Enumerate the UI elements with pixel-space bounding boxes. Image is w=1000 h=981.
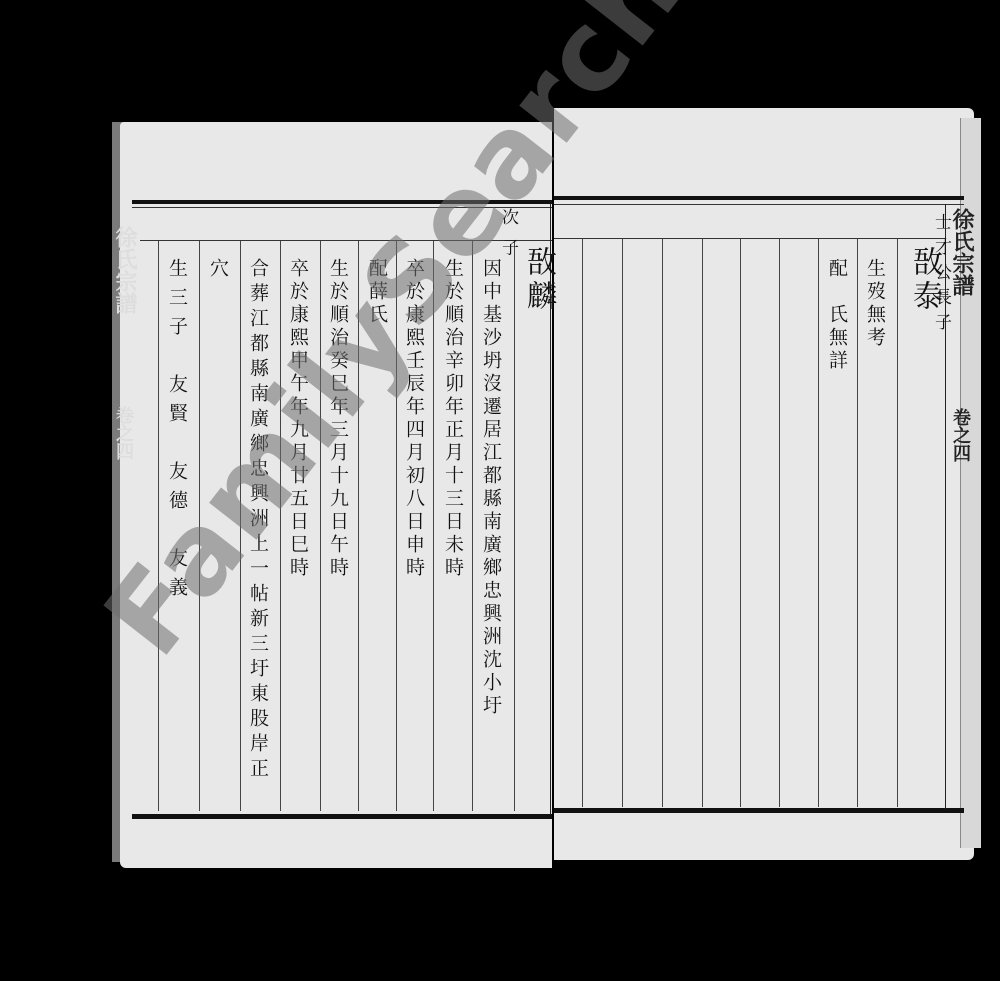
right-page: [554, 108, 974, 860]
right-margin-volume: 卷之四: [947, 408, 973, 462]
person-name: 敔麟: [516, 246, 560, 314]
birth-death-record: 生歿無考: [862, 258, 889, 350]
column-divider: [857, 239, 858, 807]
column-divider: [740, 239, 741, 807]
column-divider: [514, 241, 515, 811]
right-header-rule: [554, 238, 946, 239]
right-bottom-rule: [554, 808, 964, 813]
column-divider: [582, 239, 583, 807]
column-divider: [897, 239, 898, 807]
left-bottom-rule: [132, 814, 552, 819]
column-divider: [818, 239, 819, 807]
spouse-record: 配 氏無詳: [824, 258, 851, 373]
column-divider: [779, 239, 780, 807]
column-divider: [662, 239, 663, 807]
right-margin-title: 徐氏宗譜: [947, 208, 978, 296]
residence-note: 因中基沙坍沒遷居江都縣南廣鄉忠興洲沈小圩: [478, 258, 505, 718]
column-divider: [472, 241, 473, 811]
right-top-rule: [554, 196, 964, 200]
column-divider: [702, 239, 703, 807]
person-name: 敔泰: [902, 246, 946, 314]
left-margin-volume: 卷之四: [110, 406, 136, 460]
left-margin-title: 徐氏宗譜: [110, 226, 141, 314]
right-top-thin-rule: [554, 204, 964, 205]
burial-record-continued: 穴: [205, 258, 232, 281]
column-divider: [622, 239, 623, 807]
